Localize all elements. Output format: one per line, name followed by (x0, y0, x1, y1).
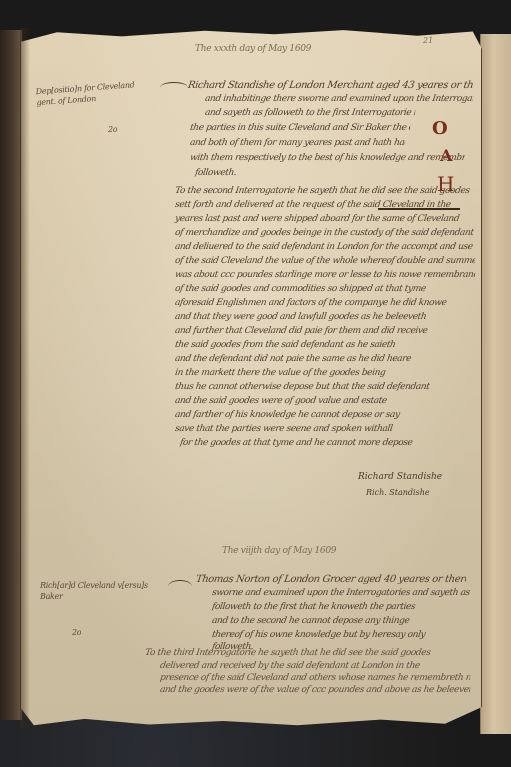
section-2-date-heading: The viijth day of May 1609 (222, 546, 392, 556)
deposition-line: delivered and received by the said defen… (159, 661, 470, 671)
deposition-line: followeth. (194, 168, 255, 178)
deposition-line: for the goodes at that tyme and he canno… (179, 438, 470, 448)
witness-signature: Richard Standishe (358, 472, 442, 482)
witness-signature-mark: Rich. Standishe (366, 488, 430, 497)
deposition-line: thus he cannot otherwise depose but that… (174, 382, 475, 392)
deposition-line: To the second Interrogatorie he sayeth t… (174, 186, 470, 196)
deposition-line: and to the second he cannot depose any t… (211, 616, 470, 626)
deposition-line: the said goodes from the said defendant … (174, 340, 475, 350)
deposition-line: save that the parties were seene and spo… (174, 424, 475, 434)
deposition-line: and that they were good and lawfull good… (174, 312, 475, 322)
deposition-line: thereof of his owne knowledge but by her… (211, 630, 470, 640)
section-2-margin-note: Rich[ar]d Cleveland v[ersu]s Baker (40, 580, 150, 602)
deposition-line: and the defendant did not paie the same … (174, 354, 475, 364)
section-1-margin-sub: 2o (108, 125, 117, 134)
deposition-line: and the goodes were of the value of ccc … (159, 685, 470, 695)
deposition-line: To the third Interrogatorie he sayeth th… (144, 648, 470, 658)
deposition-line: of merchandize and goodes beinge in the … (174, 228, 475, 238)
section-2-margin-sub: 2o (72, 628, 81, 637)
section-1-date-heading: The xxxth day of May 1609 (195, 44, 375, 54)
deposition-line: and inhabitinge there sworne and examine… (204, 94, 473, 104)
deposition-line: and deliuered to the said defendant in L… (174, 242, 475, 252)
deposition-line: and further that Cleveland did paie for … (174, 326, 475, 336)
deposition-line: was about ccc poundes starlinge more or … (174, 270, 475, 280)
paragraph-flourish (168, 580, 192, 593)
deposition-line: and farther of his knowledge he cannot d… (174, 410, 475, 420)
deposition-line: sworne and examined upon the Interrogato… (211, 588, 470, 598)
deposition-line: with them respectively to the best of hi… (189, 153, 465, 163)
deposition-line: Thomas Norton of London Grocer aged 40 y… (195, 574, 466, 584)
page-edge-shadow (20, 28, 30, 728)
deposition-line: yeares last past and were shipped aboard… (174, 214, 475, 224)
deposition-line: followeth to the first that he knoweth t… (211, 602, 470, 612)
deposition-line: and sayeth as followeth to the first Int… (204, 108, 415, 118)
deposition-line: in the markett there the value of the go… (174, 368, 475, 378)
deposition-line: of the said goodes and commodities so sh… (174, 284, 475, 294)
deposition-line: sett forth and delivered at the request … (174, 200, 475, 210)
deposition-line: presence of the said Cleveland and other… (159, 673, 470, 683)
adjacent-page-edge (480, 34, 511, 734)
deposition-line: and both of them for many yeares past an… (189, 138, 405, 148)
folio-number: 21 (423, 36, 433, 45)
deposition-line: of the said Cleveland the value of the w… (174, 256, 475, 266)
red-letter-mark: O (432, 118, 448, 139)
paragraph-flourish (160, 82, 188, 93)
deposition-line: and the said goodes were of good value a… (174, 396, 475, 406)
deposition-line: the parties in this suite Cleveland and … (189, 123, 410, 133)
deposition-line: aforesaid Englishmen and factors of the … (174, 298, 475, 308)
deposition-line: Richard Standishe of London Merchant age… (187, 80, 473, 90)
red-letter-mark: A (440, 146, 452, 165)
book-binding (0, 30, 22, 720)
